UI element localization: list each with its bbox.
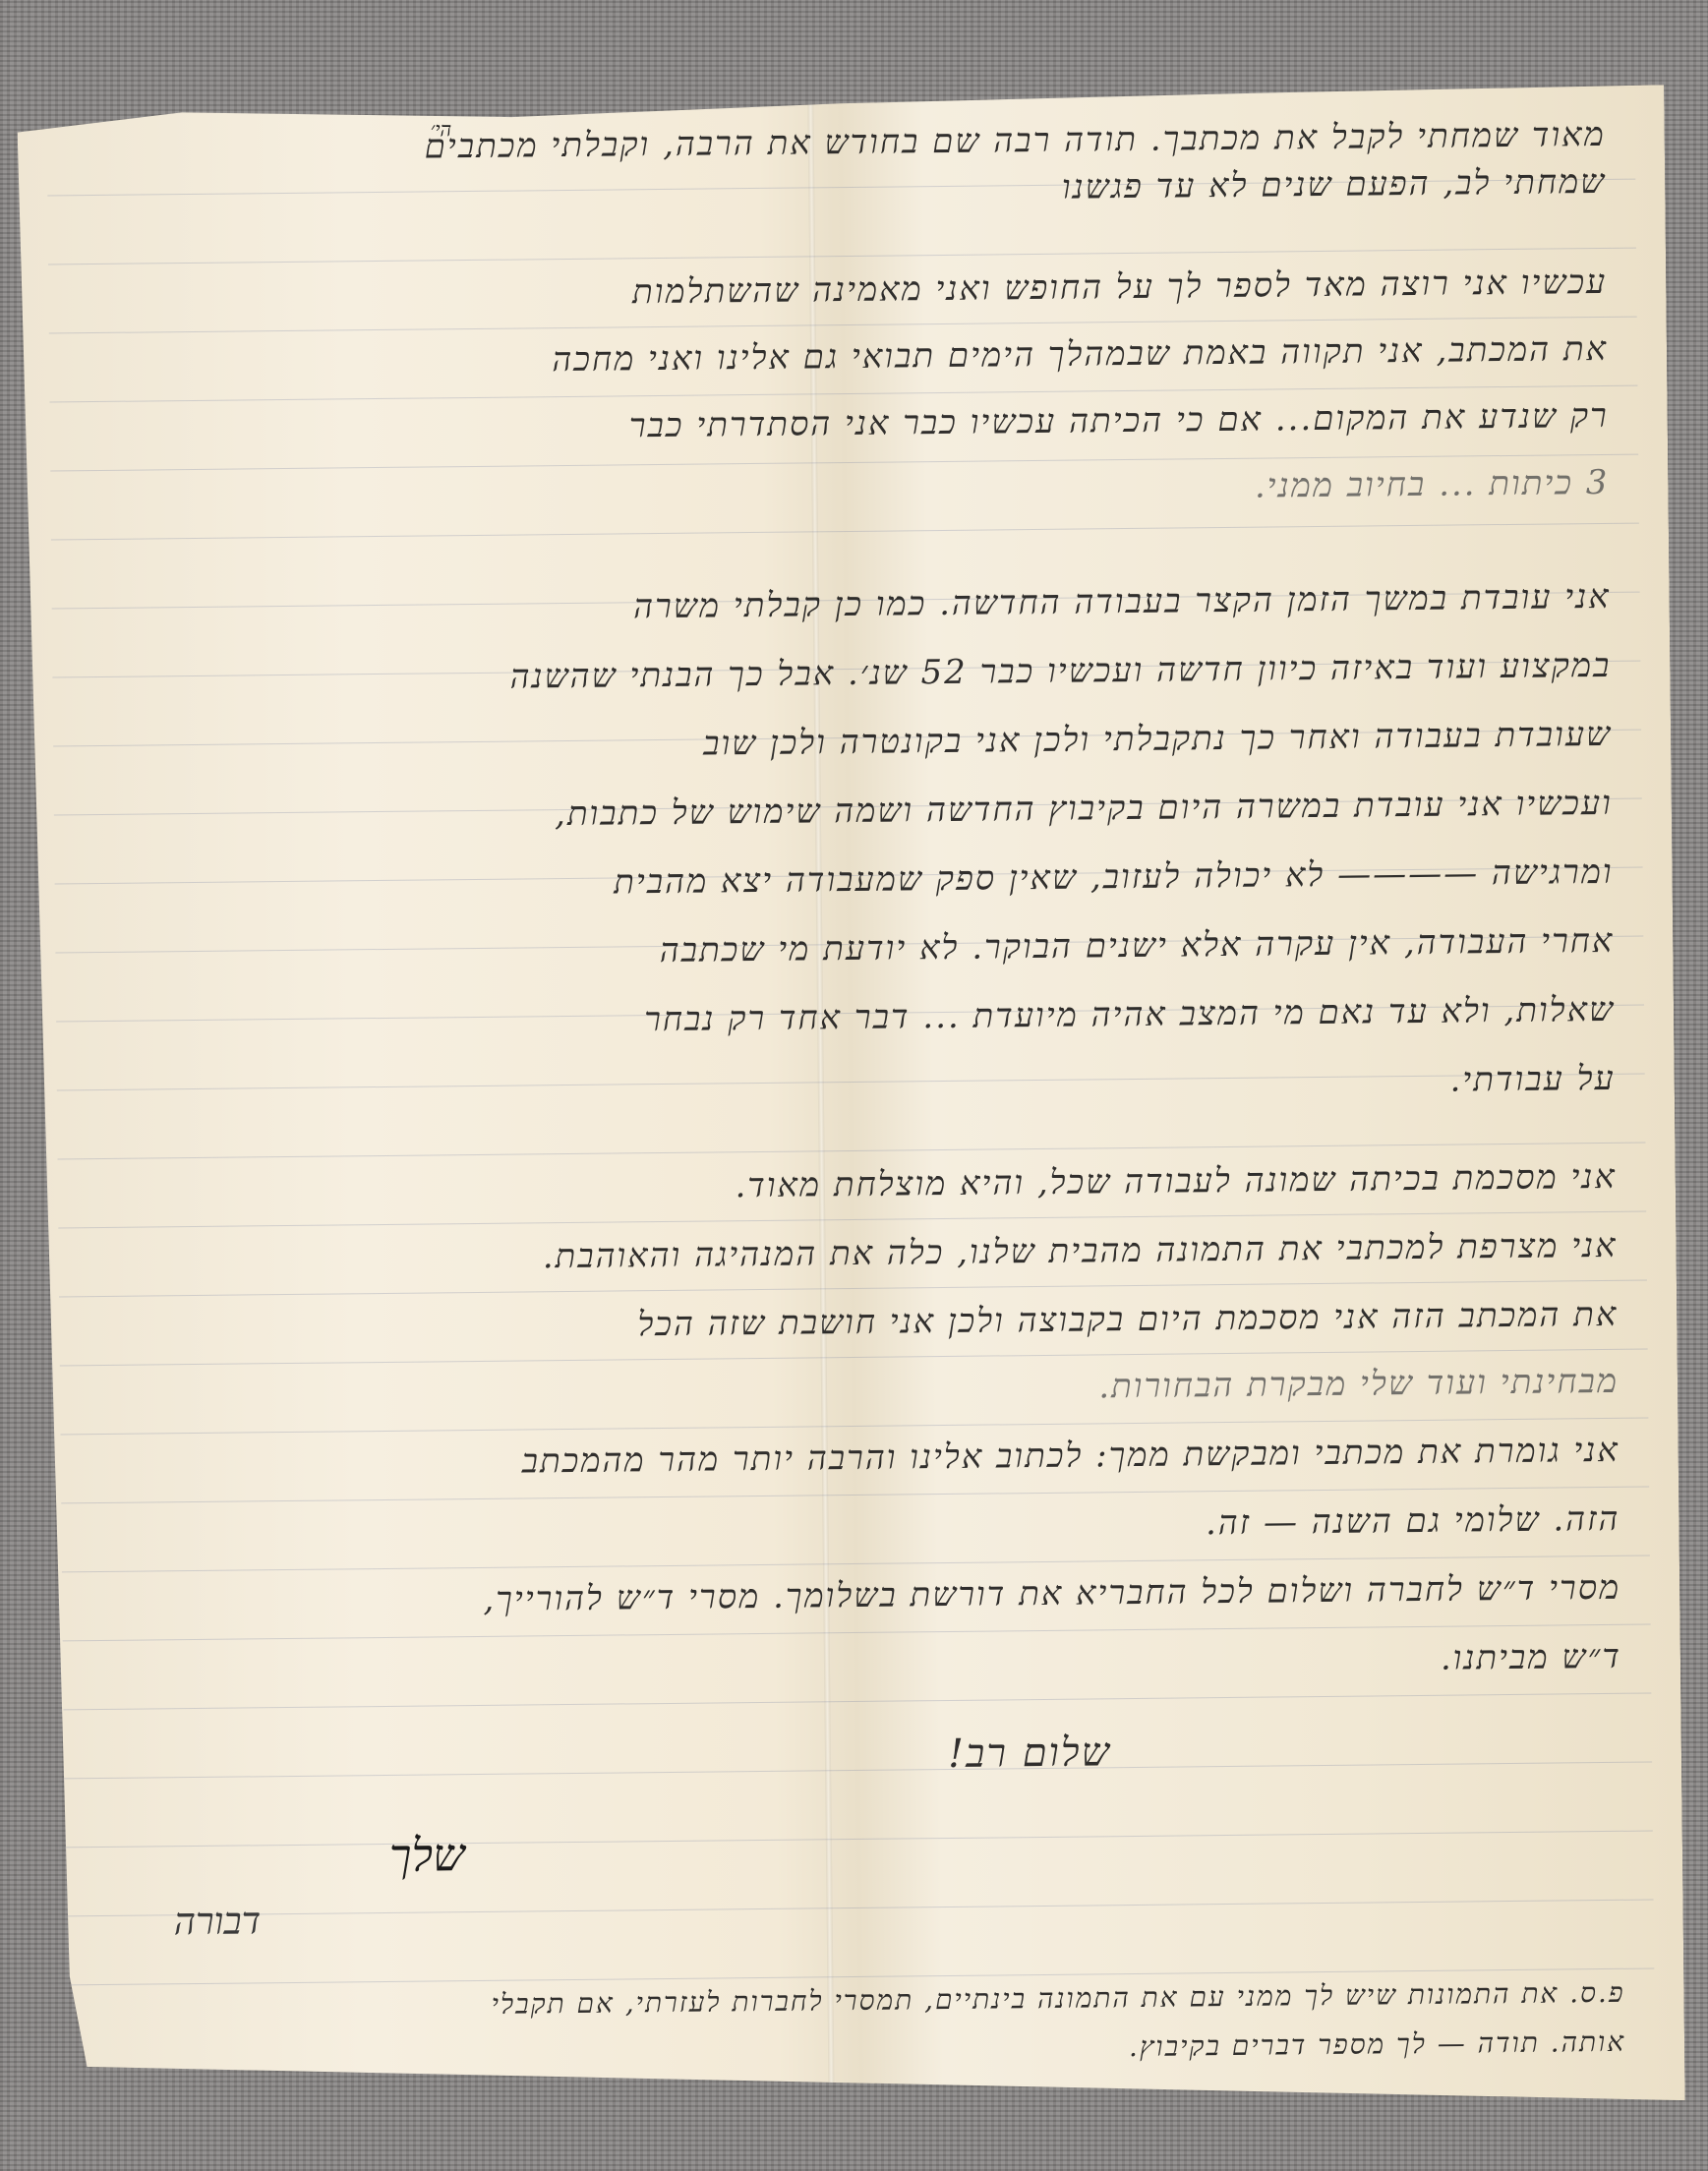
letter-line: מאוד שמחתי לקבל את מכתבך. תודה רבה שם בח… <box>77 115 1606 170</box>
signature-name: דבורה <box>173 1899 261 1944</box>
letter-line: אני עובדת במשך הזמן הקצר בעבודה החדשה. כ… <box>82 577 1611 632</box>
letter-line: מסרי ד״ש לחברה ושלום לכל החבריא את דורשת… <box>91 1568 1620 1623</box>
postscript-line: פ.ס. את התמונות שיש לך ממני עם את התמונה… <box>95 1973 1624 2028</box>
letter-line: מבחינתי ועוד שלי מבקרת הבחורות. <box>89 1362 1619 1417</box>
letter-paper: הי׳ מאוד שמחתי לקבל את מכתבך. תודה רבה ש… <box>17 85 1684 2117</box>
letter-line: אני מצרפת למכתבי את התמונה מהבית שלנו, כ… <box>88 1226 1617 1281</box>
letter-line: במקצוע ועוד באיזה כיוון חדשה ועכשיו כבר … <box>82 646 1611 701</box>
letter-line: שעובדת בעבודה ואחר כך נתקבלתי ולכן אני ב… <box>83 715 1612 770</box>
letter-line: עכשיו אני רוצה מאד לספר לך על החופש ואני… <box>78 263 1607 318</box>
letter-line: אחרי העבודה, אין עקרה אלא ישנים הבוקר. ל… <box>85 921 1614 976</box>
letter-line: את המכתב הזה אני מסכמת היום בקבוצה ולכן … <box>88 1295 1618 1350</box>
letter-line: שמחתי לב, הפעם שנים לא עד פגשנו <box>77 162 1606 217</box>
letter-line: ומרגישה ———— לא יכולה לעזוב, שאין ספק שמ… <box>84 852 1613 908</box>
letter-line: הזה. שלומי גם השנה — זה. <box>90 1499 1620 1555</box>
letter-line: את המכתב, אני תקווה באמת שבמהלך הימים תב… <box>79 329 1608 384</box>
letter-line: 3 כיתות ... בחיוב ממני. <box>80 463 1609 518</box>
letter-line: אני מסכמת בכיתה שמונה לעבודה שכל, והיא מ… <box>88 1157 1617 1212</box>
postscript-line: אותה. תודה — לך מספר דברים בקיבוץ. <box>96 2023 1625 2078</box>
letter-line: ד״ש מביתנו. <box>92 1637 1621 1692</box>
signoff: שלך <box>389 1828 465 1882</box>
closing-greeting: שלום רב! <box>93 1732 1111 1783</box>
letter-body: הי׳ מאוד שמחתי לקבל את מכתבך. תודה רבה ש… <box>77 115 1626 2087</box>
letter-line: על עבודתי. <box>87 1059 1616 1114</box>
letter-line: רק שנדע את המקום... אם כי הכיתה עכשיו כב… <box>80 396 1609 451</box>
letter-line: אני גומרת את מכתבי ומבקשת ממך: לכתוב אלי… <box>90 1431 1620 1486</box>
letter-line: שאלות, ולא עד נאם מי המצב אהיה מיועדת ..… <box>86 990 1615 1045</box>
letter-line: ועכשיו אני עובדת במשרה היום בקיבוץ החדשה… <box>84 784 1613 839</box>
